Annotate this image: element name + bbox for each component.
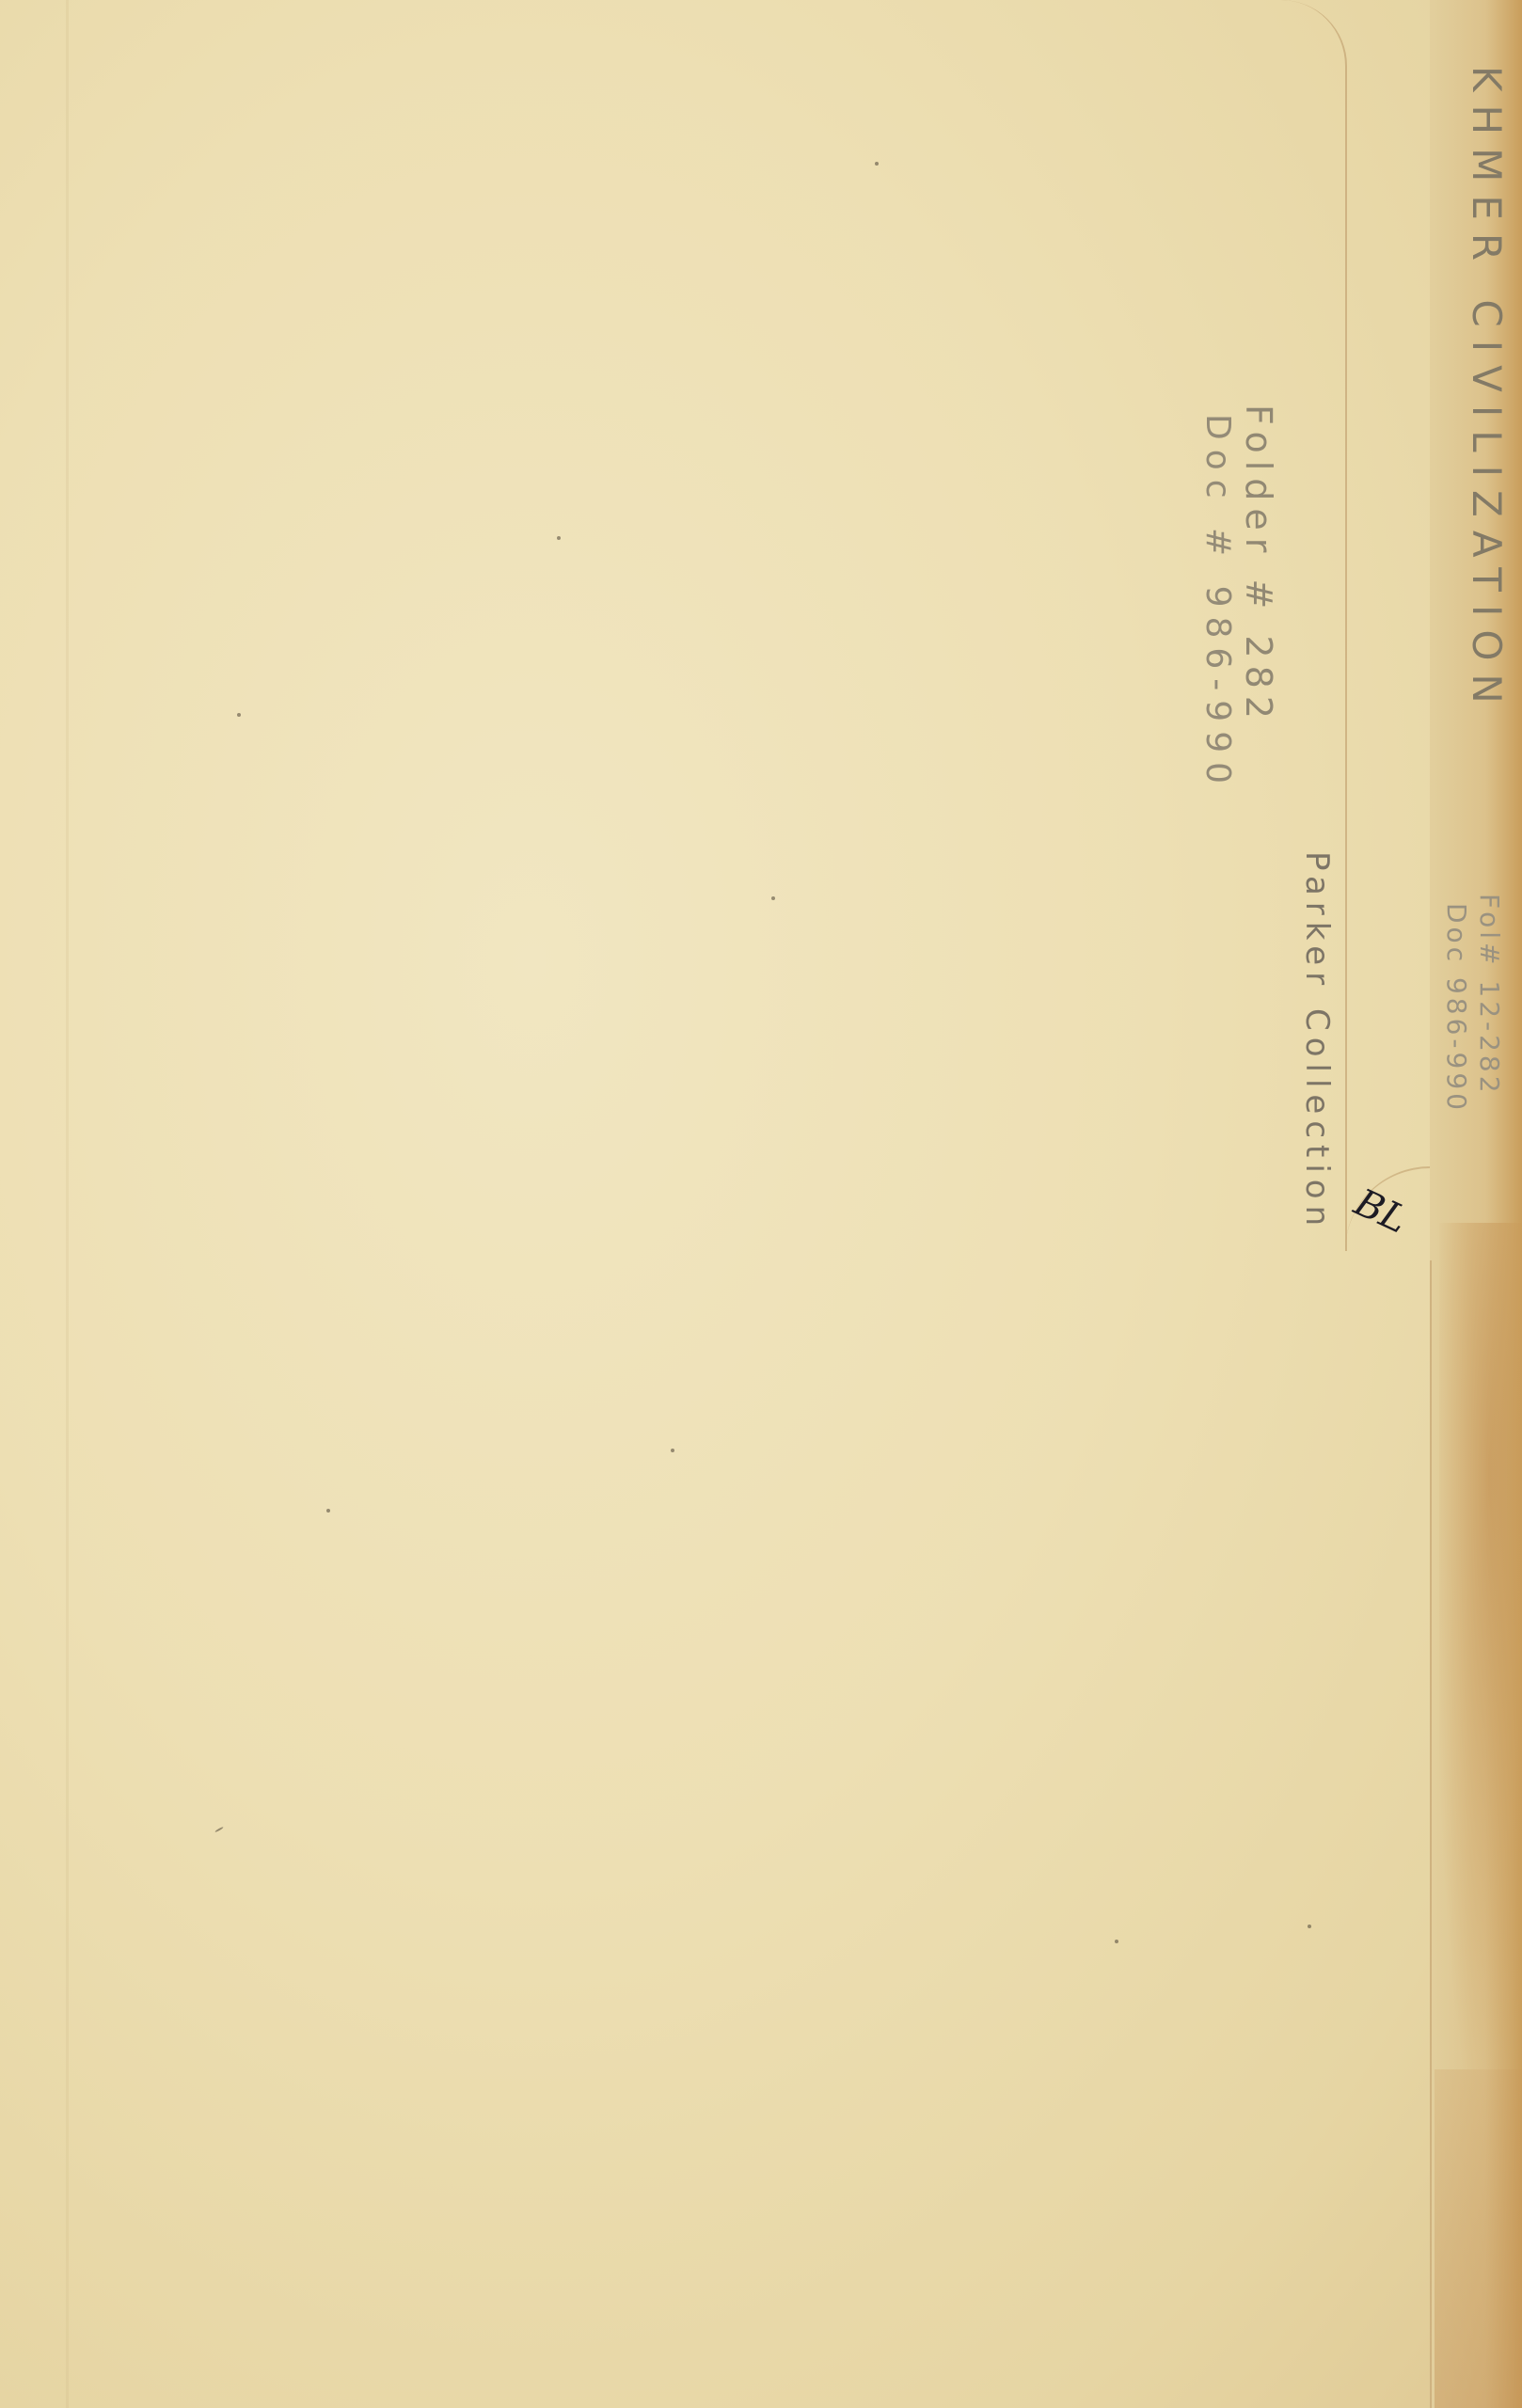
speck bbox=[237, 713, 241, 717]
tab-folder-note: Fol# 12-282 bbox=[1474, 894, 1505, 1097]
speck bbox=[671, 1449, 674, 1452]
speck bbox=[875, 162, 879, 166]
speck bbox=[1115, 1940, 1118, 1943]
speck bbox=[771, 896, 775, 900]
collection-name: Parker Collection bbox=[1298, 851, 1336, 1232]
water-stain-bottom bbox=[1435, 2069, 1522, 2408]
speck bbox=[557, 536, 561, 540]
manila-folder: KHMER CIVILIZATION Folder # 282 Doc # 98… bbox=[0, 0, 1522, 2408]
folder-number: Folder # 282 bbox=[1238, 404, 1279, 726]
document-range: Doc # 986-990 bbox=[1198, 414, 1237, 793]
water-stain bbox=[1439, 1223, 1522, 2069]
speck bbox=[326, 1509, 330, 1513]
folder-tab-label: KHMER CIVILIZATION bbox=[1464, 66, 1510, 717]
speck bbox=[214, 1827, 224, 1833]
tab-doc-note: Doc 986-990 bbox=[1441, 903, 1472, 1114]
front-flap bbox=[0, 0, 1347, 1251]
flap-cut-line bbox=[1430, 1260, 1432, 2408]
speck bbox=[1308, 1925, 1311, 1928]
